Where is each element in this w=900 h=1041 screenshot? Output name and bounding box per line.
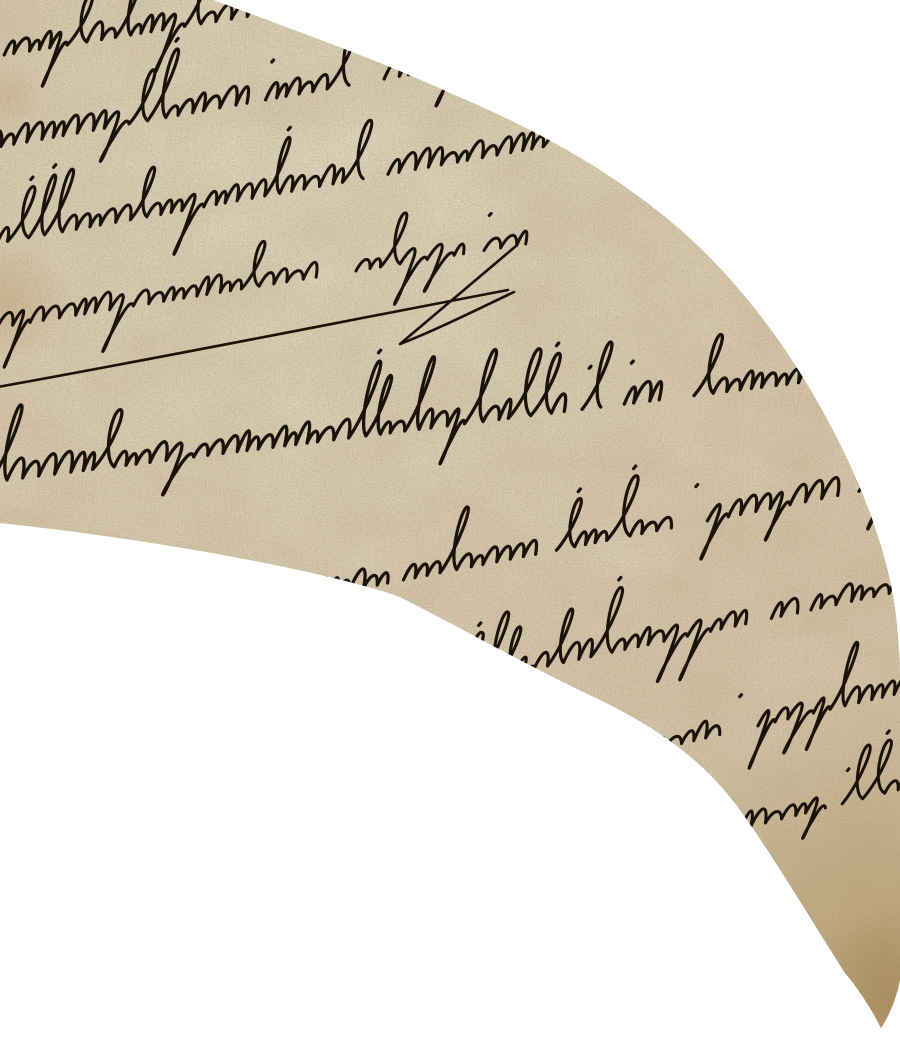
page-background: Fragment of an antique handwritten lette… xyxy=(0,0,900,1041)
letter-paper-svg xyxy=(0,0,900,1041)
vintage-letter-artwork: Fragment of an antique handwritten lette… xyxy=(0,0,900,1041)
stain-tail-dark xyxy=(0,0,900,1041)
letter-paper xyxy=(0,0,900,1041)
